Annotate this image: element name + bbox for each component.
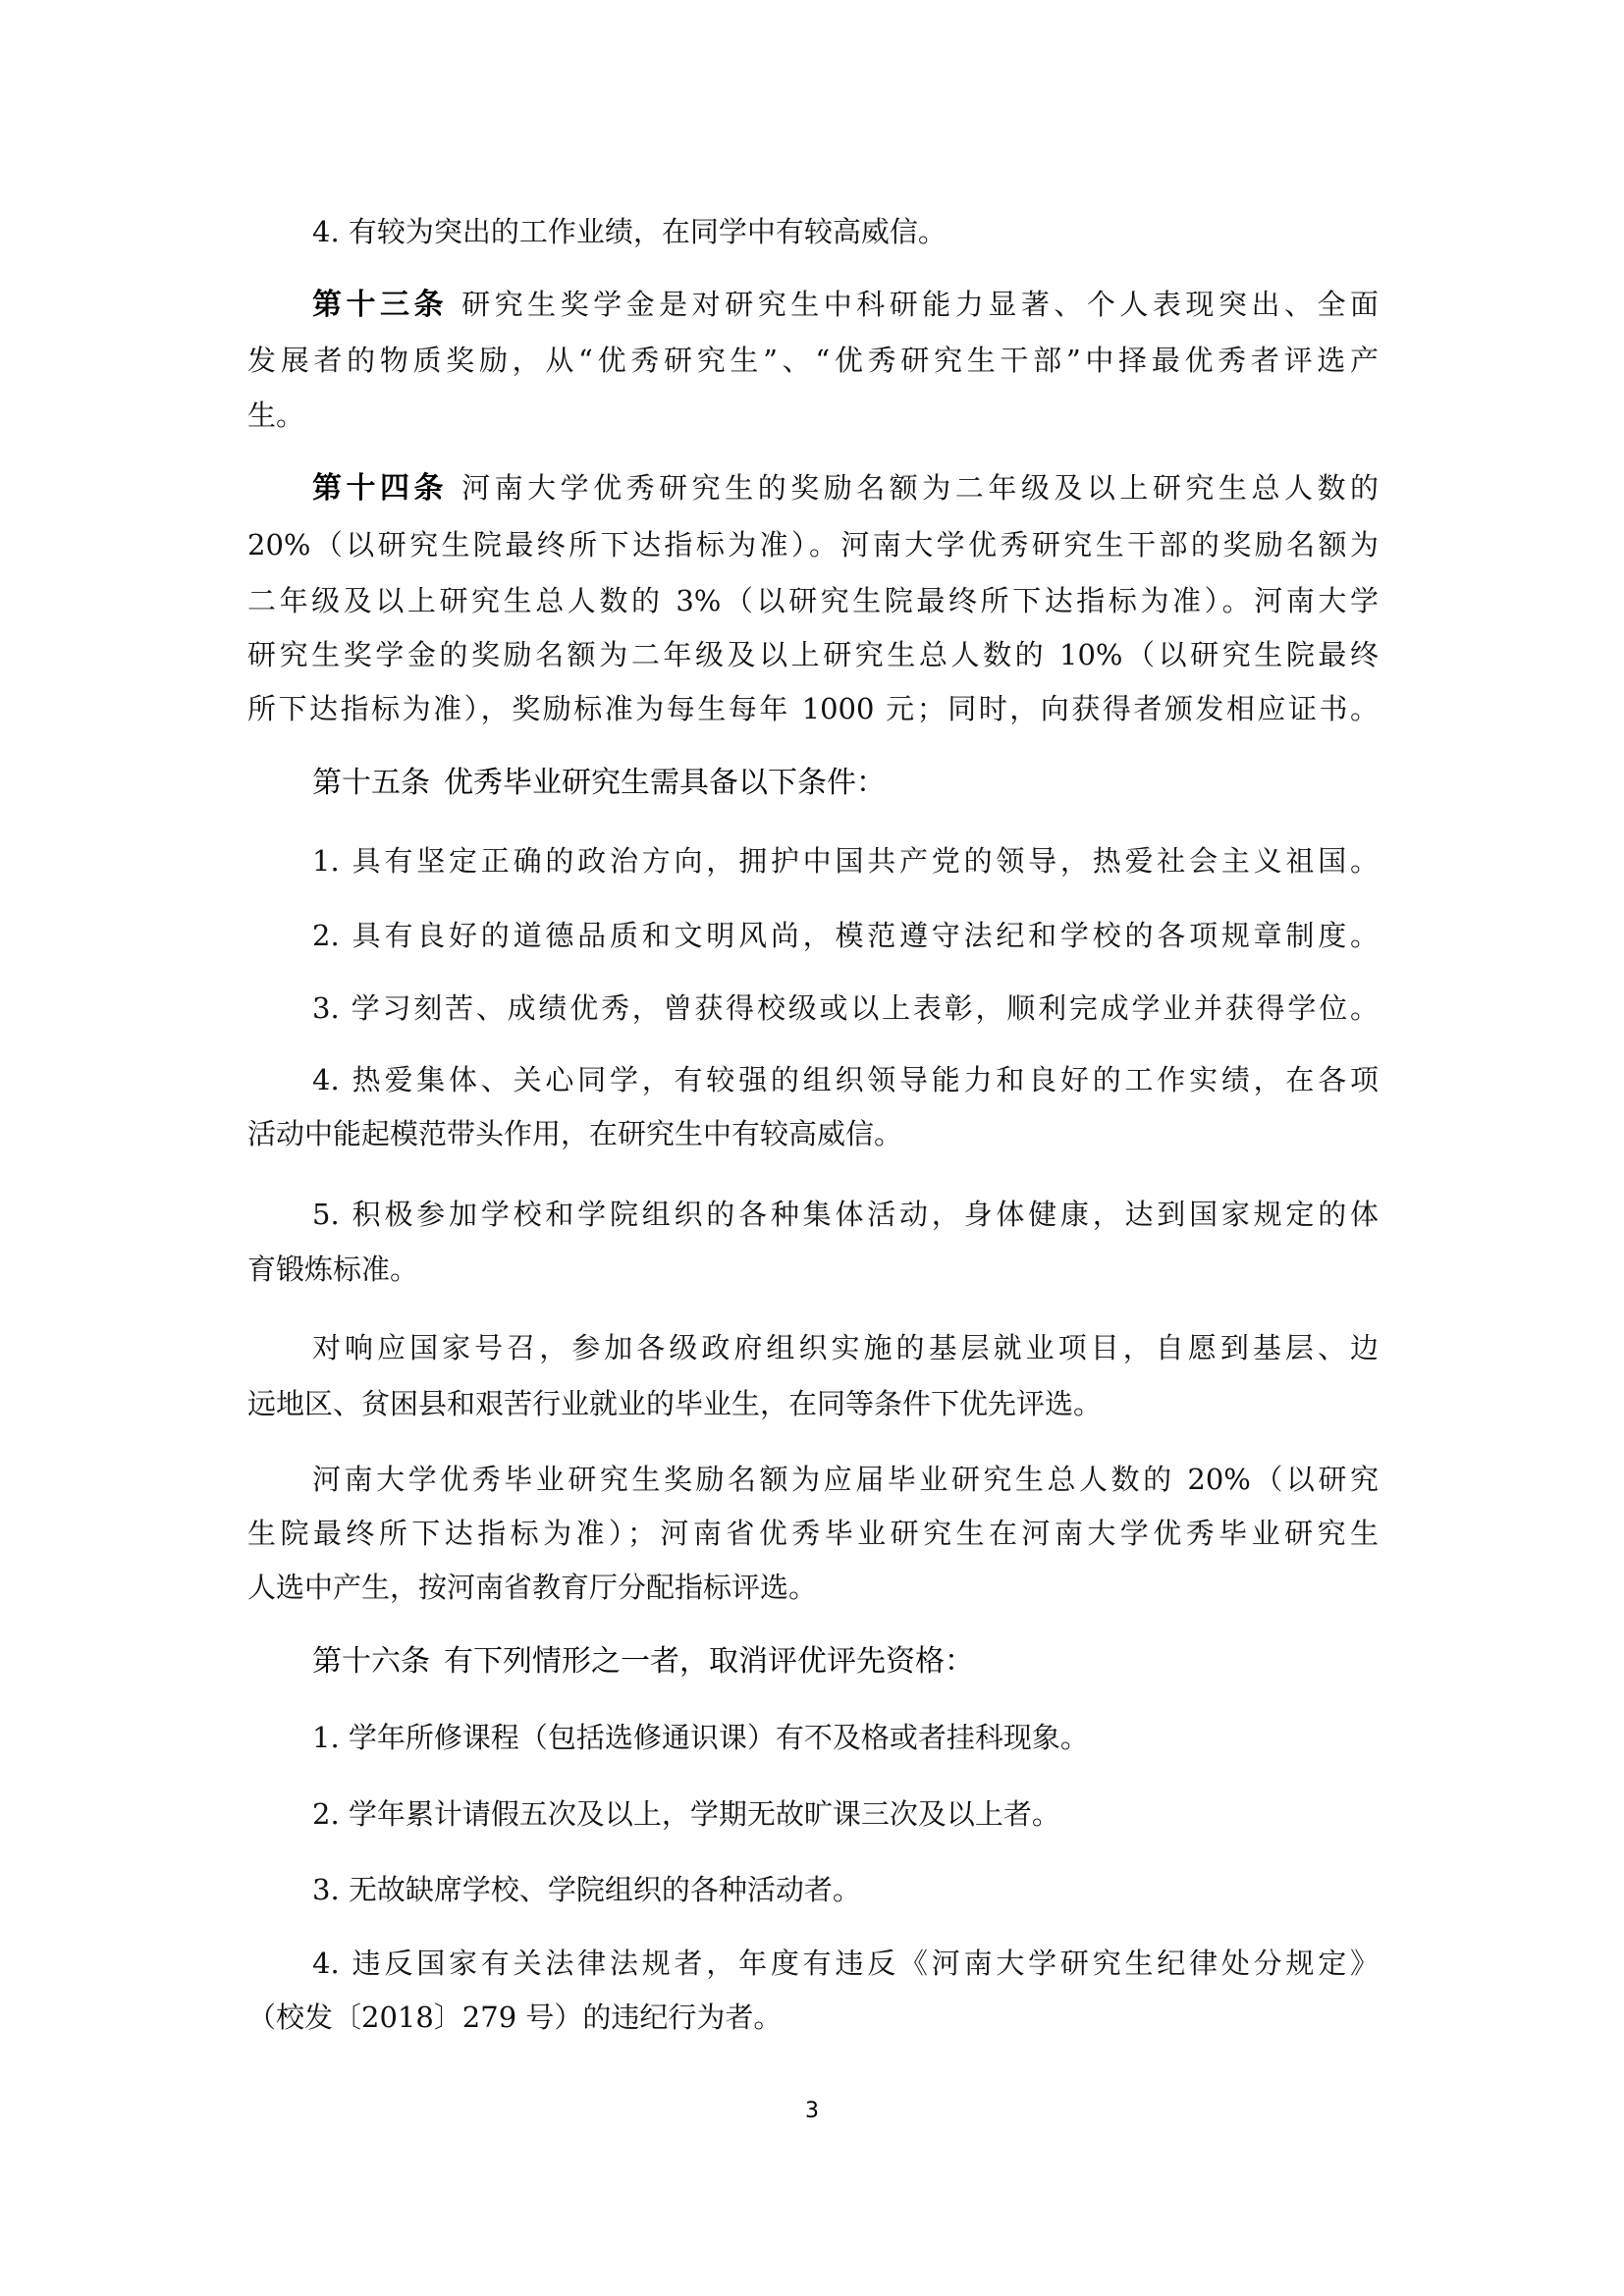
article-14-text: 河南大学优秀研究生的奖励名额为二年级及以上研究生总人数的 — [461, 471, 1379, 505]
article-16-item-4-line-1: 4. 违反国家有关法律法规者，年度有违反《河南大学研究生纪律处分规定》 — [312, 1944, 1379, 1983]
article-14-line-5: 所下达指标为准），奖励标准为每生每年 1000 元；同时，向获得者颁发相应证书。 — [247, 689, 1379, 728]
article-15-item-5-line-2: 育锻炼标准。 — [247, 1250, 1379, 1289]
article-15-label: 第十五条 — [312, 766, 430, 800]
article-14-line-2: 20%（以研究生院最终所下达指标为准）。河南大学优秀研究生干部的奖励名额为 — [247, 525, 1379, 564]
article-13-line-3: 生。 — [247, 396, 1379, 435]
document-page: 4. 有较为突出的工作业绩，在同学中有较高威信。 第十三条研究生奖学金是对研究生… — [0, 0, 1624, 2296]
article-16-heading: 第十六条有下列情形之一者，取消评优评先资格： — [312, 1642, 1379, 1682]
article-16-label: 第十六条 — [312, 1644, 430, 1679]
article-15-item-1: 1. 具有坚定正确的政治方向，拥护中国共产党的领导，热爱社会主义祖国。 — [312, 841, 1379, 881]
article-16-heading-text: 有下列情形之一者，取消评优评先资格： — [444, 1644, 974, 1679]
article-13-line-1: 第十三条研究生奖学金是对研究生中科研能力显著、个人表现突出、全面 — [312, 285, 1379, 324]
article-15-para-a-line-1: 对响应国家号召，参加各级政府组织实施的基层就业项目，自愿到基层、边 — [312, 1328, 1379, 1367]
article-15-heading: 第十五条优秀毕业研究生需具备以下条件： — [312, 764, 1379, 803]
article-15-item-2: 2. 具有良好的道德品质和文明风尚，模范遵守法纪和学校的各项规章制度。 — [312, 916, 1379, 955]
article-15-item-5-line-1: 5. 积极参加学校和学院组织的各种集体活动，身体健康，达到国家规定的体 — [312, 1195, 1379, 1234]
paragraph-line: 4. 有较为突出的工作业绩，在同学中有较高威信。 — [312, 212, 1379, 251]
article-14-line-3: 二年级及以上研究生总人数的 3%（以研究生院最终所下达指标为准）。河南大学 — [247, 581, 1379, 620]
article-15-item-4-line-2: 活动中能起模范带头作用，在研究生中有较高威信。 — [247, 1114, 1379, 1153]
article-16-item-2: 2. 学年累计请假五次及以上，学期无故旷课三次及以上者。 — [312, 1794, 1379, 1834]
article-15-heading-text: 优秀毕业研究生需具备以下条件： — [444, 766, 886, 800]
article-16-item-3: 3. 无故缺席学校、学院组织的各种活动者。 — [312, 1870, 1379, 1909]
page-number: 3 — [785, 2099, 839, 2123]
article-15-para-b-line-2: 生院最终所下达指标为准）；河南省优秀毕业研究生在河南大学优秀毕业研究生 — [247, 1514, 1379, 1553]
article-15-para-a-line-2: 远地区、贫困县和艰苦行业就业的毕业生，在同等条件下优先评选。 — [247, 1384, 1379, 1423]
article-16-item-4-line-2: （校发〔2018〕279 号）的违纪行为者。 — [247, 1998, 1379, 2037]
article-15-item-4-line-1: 4. 热爱集体、关心同学，有较强的组织领导能力和良好的工作实绩，在各项 — [312, 1060, 1379, 1099]
article-14-label: 第十四条 — [312, 471, 448, 506]
article-13-text: 研究生奖学金是对研究生中科研能力显著、个人表现突出、全面 — [461, 288, 1379, 321]
article-15-para-b-line-1: 河南大学优秀毕业研究生奖励名额为应届毕业研究生总人数的 20%（以研究 — [312, 1460, 1379, 1499]
article-14-line-4: 研究生奖学金的奖励名额为二年级及以上研究生总人数的 10%（以研究生院最终 — [247, 635, 1379, 674]
article-16-item-1: 1. 学年所修课程（包括选修通识课）有不及格或者挂科现象。 — [312, 1718, 1379, 1757]
article-15-para-b-line-3: 人选中产生，按河南省教育厅分配指标评选。 — [247, 1568, 1379, 1607]
article-14-line-1: 第十四条河南大学优秀研究生的奖励名额为二年级及以上研究生总人数的 — [312, 468, 1379, 507]
article-13-label: 第十三条 — [312, 288, 448, 322]
article-13-line-2: 发展者的物质奖励，从“优秀研究生”、“优秀研究生干部”中择最优秀者评选产 — [247, 341, 1379, 380]
article-15-item-3: 3. 学习刻苦、成绩优秀，曾获得校级或以上表彰，顺利完成学业并获得学位。 — [312, 988, 1379, 1028]
